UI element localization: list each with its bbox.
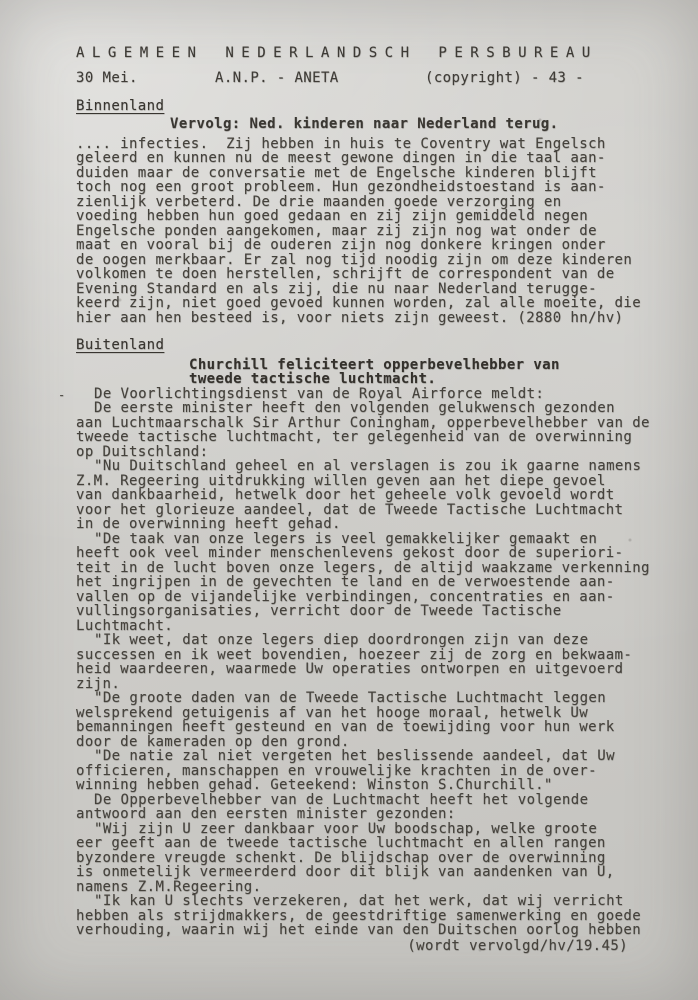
copyright-page-number: (copyright) - 43 - <box>425 71 584 86</box>
paragraph-quote-nu-duitschland: "Nu Duitschland geheel en al verslagen i… <box>76 459 658 532</box>
bulletin-meta-row: 30 Mei. A.N.P. - ANETA (copyright) - 43 … <box>76 71 658 88</box>
article-title-kinderen: Vervolg: Ned. kinderen naar Nederland te… <box>170 117 658 132</box>
section-buitenland: - Buitenland Churchill feliciteert opper… <box>76 338 658 953</box>
typewritten-content: ALGEMEEN NEDERLANDSCH PERSBUREAU 30 Mei.… <box>76 46 658 953</box>
paragraph-royal-airforce-meldt: De Voorlichtingsdienst van de Royal Airf… <box>76 387 658 402</box>
continuation-note: (wordt vervolgd/hv/19.45) <box>76 939 658 954</box>
paragraph-quote-ik-kan-verzekeren: "Ik kan U slechts verzekeren, dat het we… <box>76 894 658 938</box>
section-heading-binnenland: Binnenland <box>76 99 164 114</box>
article-headline-churchill: Churchill feliciteert opperbevelhebber v… <box>189 358 658 387</box>
paragraph-quote-wij-zijn-dankbaar: "Wij zijn U zeer dankbaar voor Uw boodsc… <box>76 822 658 895</box>
bulletin-date: 30 Mei. <box>76 71 138 86</box>
agency-credit: A.N.P. - ANETA <box>215 71 339 86</box>
paragraph-quote-taak-legers: "De taak van onze legers is veel gemakke… <box>76 532 658 634</box>
stray-ink-mark: - <box>58 388 66 403</box>
paragraph-quote-groote-daden: "De groote daden van de Tweede Tactische… <box>76 691 658 749</box>
press-agency-title: ALGEMEEN NEDERLANDSCH PERSBUREAU <box>76 46 658 61</box>
scanned-press-bulletin-page: ALGEMEEN NEDERLANDSCH PERSBUREAU 30 Mei.… <box>0 0 698 1000</box>
paragraph-opperbevelhebber-antwoord: De Opperbevelhebber van de Luchtmacht he… <box>76 793 658 822</box>
paragraph-kinderen-body: .... infecties. Zij hebben in huis te Co… <box>76 137 658 326</box>
paragraph-gelukwensch-coningham: De eerste minister heeft den volgenden g… <box>76 401 658 459</box>
paragraph-quote-ik-weet: "Ik weet, dat onze legers diep doordrong… <box>76 633 658 691</box>
section-binnenland: Binnenland Vervolg: Ned. kinderen naar N… <box>76 99 658 326</box>
paragraph-quote-natie: "De natie zal niet vergeten het beslisse… <box>76 749 658 793</box>
section-heading-buitenland: Buitenland <box>76 338 164 353</box>
